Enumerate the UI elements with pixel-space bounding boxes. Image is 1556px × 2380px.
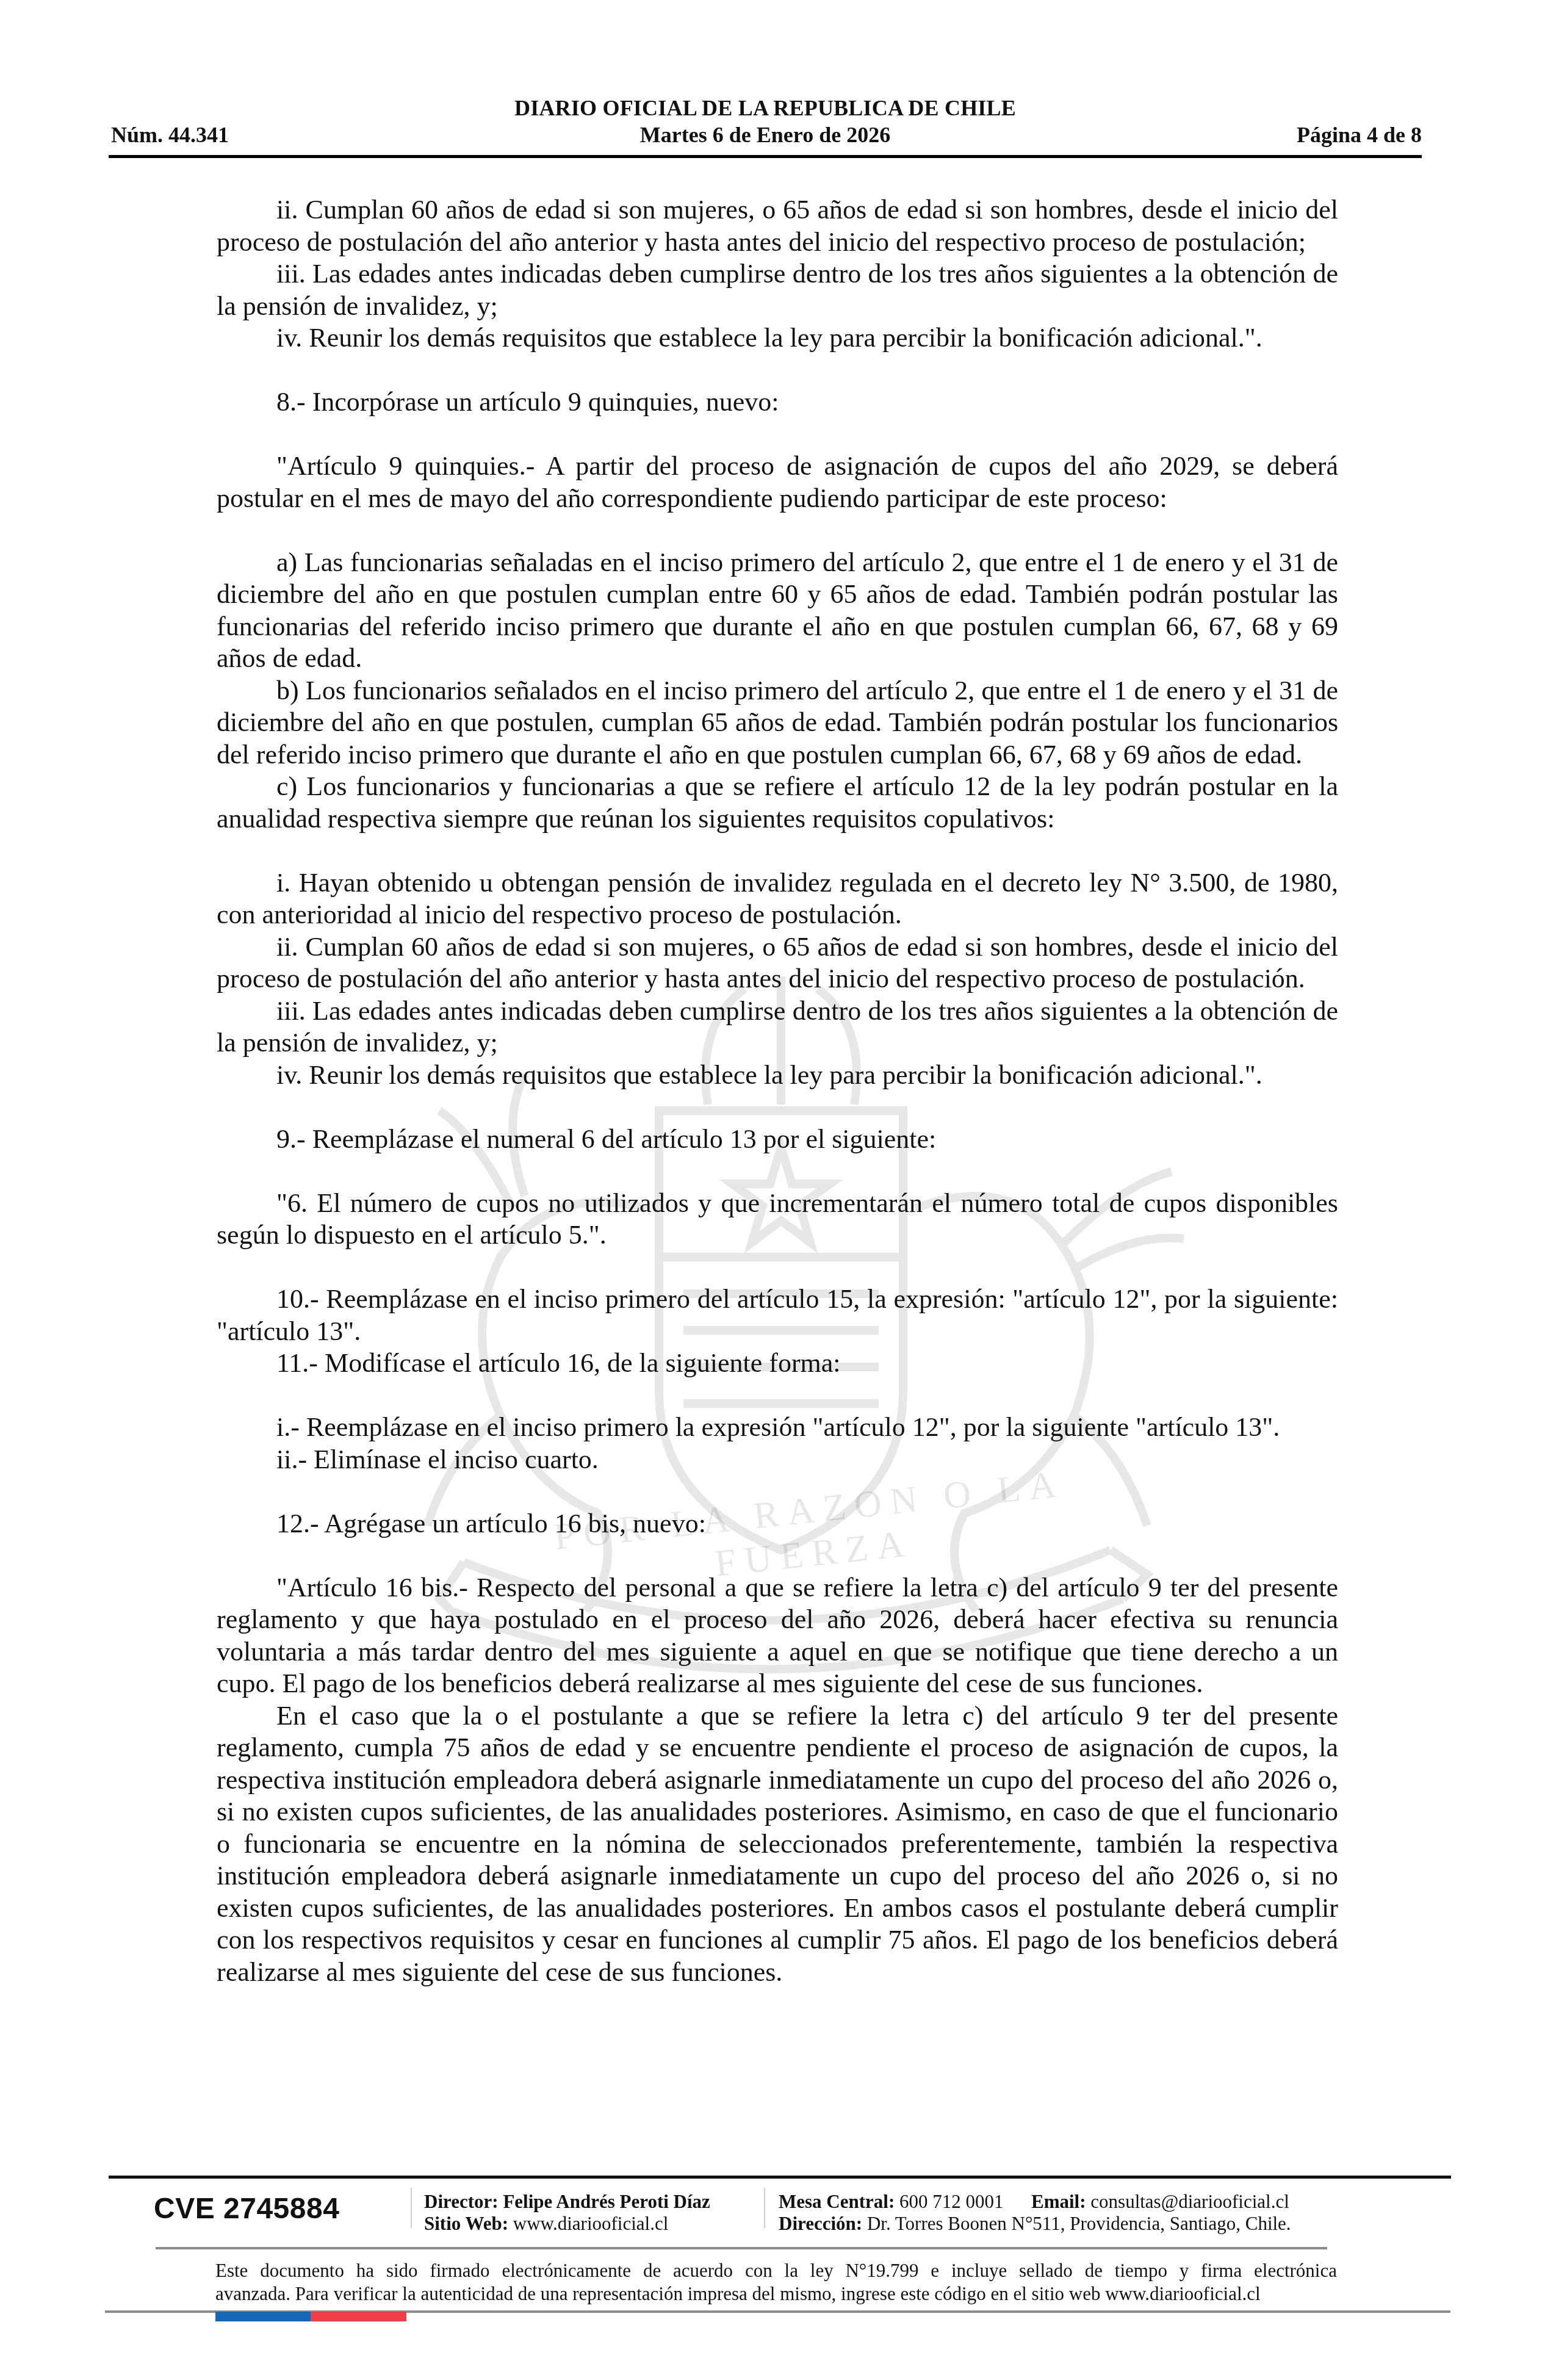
address-label: Dirección:	[779, 2213, 862, 2234]
cve-code: CVE 2745884	[154, 2191, 339, 2227]
spacer	[217, 355, 1338, 387]
paragraph-heading: 11.- Modifícase el artículo 16, de la si…	[217, 1347, 1338, 1380]
footer-contact-block: Mesa Central: 600 712 0001 Email: consul…	[779, 2191, 1291, 2235]
spacer	[217, 1155, 1338, 1188]
header-divider	[109, 155, 1422, 158]
paragraph-heading: 12.- Agrégase un artículo 16 bis, nuevo:	[217, 1508, 1338, 1540]
paragraph: "Artículo 16 bis.- Respecto del personal…	[217, 1572, 1338, 1700]
issue-date: Martes 6 de Enero de 2026	[109, 122, 1422, 148]
address-value: Dr. Torres Boonen N°511, Providencia, Sa…	[867, 2213, 1291, 2234]
spacer	[217, 835, 1338, 867]
spacer	[217, 1540, 1338, 1572]
flag-stripe-red	[311, 2312, 406, 2321]
phone-value: 600 712 0001	[899, 2191, 1004, 2212]
publication-title: DIARIO OFICIAL DE LA REPUBLICA DE CHILE	[109, 95, 1422, 121]
paragraph: En el caso que la o el postulante a que …	[217, 1700, 1338, 1989]
paragraph: "Artículo 9 quinquies.- A partir del pro…	[217, 450, 1338, 514]
spacer	[217, 419, 1338, 451]
paragraph: i. Hayan obtenido u obtengan pensión de …	[217, 867, 1338, 931]
paragraph: iv. Reunir los demás requisitos que esta…	[217, 1059, 1338, 1092]
legal-notice: Este documento ha sido firmado electróni…	[215, 2259, 1337, 2306]
paragraph-heading: 10.- Reemplázase en el inciso primero de…	[217, 1283, 1338, 1347]
footer-director-block: Director: Felipe Andrés Peroti Díaz Siti…	[424, 2191, 710, 2235]
email-label: Email:	[1031, 2191, 1086, 2212]
website-label: Sitio Web:	[424, 2213, 508, 2234]
paragraph: "6. El número de cupos no utilizados y q…	[217, 1188, 1338, 1252]
spacer	[217, 514, 1338, 547]
paragraph: ii.- Elimínase el inciso cuarto.	[217, 1444, 1338, 1476]
paragraph: ii. Cumplan 60 años de edad si son mujer…	[217, 194, 1338, 258]
footer-divider	[156, 2247, 1327, 2249]
paragraph-heading: 9.- Reemplázase el numeral 6 del artícul…	[217, 1123, 1338, 1156]
spacer	[217, 1252, 1338, 1284]
paragraph: i.- Reemplázase en el inciso primero la …	[217, 1412, 1338, 1444]
legal-line: Este documento ha sido firmado electróni…	[215, 2259, 1337, 2282]
spacer	[217, 1091, 1338, 1123]
footer-separator	[411, 2188, 412, 2228]
flag-stripe-blue	[215, 2312, 311, 2321]
paragraph-heading: 8.- Incorpórase un artículo 9 quinquies,…	[217, 386, 1338, 419]
paragraph: a) Las funcionarias señaladas en el inci…	[217, 547, 1338, 675]
header-row: Núm. 44.341 Martes 6 de Enero de 2026 Pá…	[109, 122, 1422, 149]
phone-label: Mesa Central:	[779, 2191, 895, 2212]
paragraph: c) Los funcionarios y funcionarias a que…	[217, 771, 1338, 835]
paragraph: iii. Las edades antes indicadas deben cu…	[217, 995, 1338, 1059]
spacer	[217, 1476, 1338, 1508]
footer-divider	[109, 2176, 1451, 2179]
paragraph: b) Los funcionarios señalados en el inci…	[217, 675, 1338, 771]
spacer	[217, 1380, 1338, 1412]
legal-line: avanzada. Para verificar la autenticidad…	[215, 2282, 1337, 2306]
paragraph: ii. Cumplan 60 años de edad si son mujer…	[217, 931, 1338, 995]
director-name: Felipe Andrés Peroti Díaz	[503, 2191, 710, 2212]
email-link[interactable]: consultas@diariooficial.cl	[1090, 2191, 1289, 2212]
page-indicator: Página 4 de 8	[1297, 122, 1422, 148]
footer-separator	[764, 2188, 765, 2228]
document-body: ii. Cumplan 60 años de edad si son mujer…	[217, 194, 1338, 1988]
paragraph: iv. Reunir los demás requisitos que esta…	[217, 322, 1338, 355]
page-header: DIARIO OFICIAL DE LA REPUBLICA DE CHILE …	[109, 93, 1422, 161]
paragraph: iii. Las edades antes indicadas deben cu…	[217, 258, 1338, 322]
website-link[interactable]: www.diariooficial.cl	[513, 2213, 669, 2234]
director-label: Director:	[424, 2191, 499, 2212]
